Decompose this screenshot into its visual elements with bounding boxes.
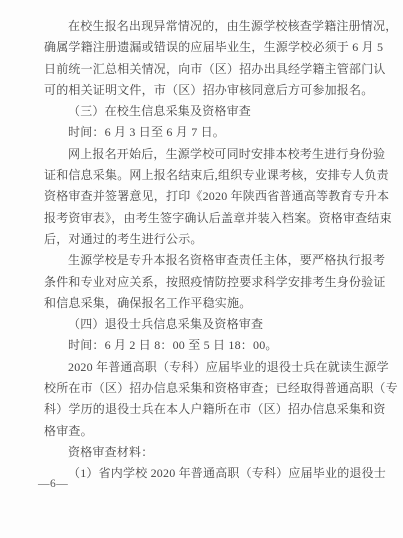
document-line: 日前统一汇总相关情况，向市（区）招办出具经学籍主管部门认 xyxy=(44,59,370,80)
document-line: 可的相关证明文件，市（区）招办审核同意后方可参加报名。 xyxy=(44,80,370,101)
document-line: 校所在市（区）招办信息采集和资格审查；已经取得普通高职（专 xyxy=(44,378,370,399)
document-line: 2020 年普通高职（专科）应届毕业的退役士兵在就读生源学 xyxy=(44,357,370,378)
document-section-heading: （四）退役士兵信息采集及资格审查 xyxy=(44,314,370,335)
document-line: 和信息采集，确保报名工作平稳实施。 xyxy=(44,293,370,314)
document-line: （1）省内学校 2020 年普通高职（专科）应届毕业的退役士 xyxy=(44,463,370,484)
document-line: 在校生报名出现异常情况的，由生源学校核查学籍注册情况， xyxy=(44,16,370,37)
document-line: 条件和专业对应关系，按照疫情防控要求科学安排考生身份验证 xyxy=(44,272,370,293)
document-line: 格审查。 xyxy=(44,421,370,442)
page-number: —6— xyxy=(38,478,68,490)
document-line: 报考资审表》，由考生签字确认后盖章并装入档案。资格审查结束 xyxy=(44,208,370,229)
document-line: 科）学历的退役士兵在本人户籍所在市（区）招办信息采集和资 xyxy=(44,399,370,420)
document-line: 时间：6 月 2 日 8：00 至 5 日 18：00。 xyxy=(44,335,370,356)
document-line: 确属学籍注册遗漏或错误的应届毕业生，生源学校必须于 6 月 5 xyxy=(44,37,370,58)
document-text-block: 在校生报名出现异常情况的，由生源学校核查学籍注册情况， 确属学籍注册遗漏或错误的… xyxy=(44,16,370,485)
document-line: 网上报名开始后，生源学校可同时安排本校考生进行身份验 xyxy=(44,144,370,165)
document-page: 在校生报名出现异常情况的，由生源学校核查学籍注册情况， 确属学籍注册遗漏或错误的… xyxy=(0,0,403,538)
document-line: 时间：6 月 3 日至 6 月 7 日。 xyxy=(44,122,370,143)
document-section-heading: （三）在校生信息采集及资格审查 xyxy=(44,101,370,122)
document-line: 资格审查并签署意见，打印《2020 年陕西省普通高等教育专升本 xyxy=(44,186,370,207)
document-line: 后，对通过的考生进行公示。 xyxy=(44,229,370,250)
document-line: 生源学校是专升本报名资格审查责任主体，要严格执行报考 xyxy=(44,250,370,271)
document-line: 资格审查材料： xyxy=(44,442,370,463)
document-line: 证和信息采集。网上报名结束后,组织专业课考核，安排专人负责 xyxy=(44,165,370,186)
